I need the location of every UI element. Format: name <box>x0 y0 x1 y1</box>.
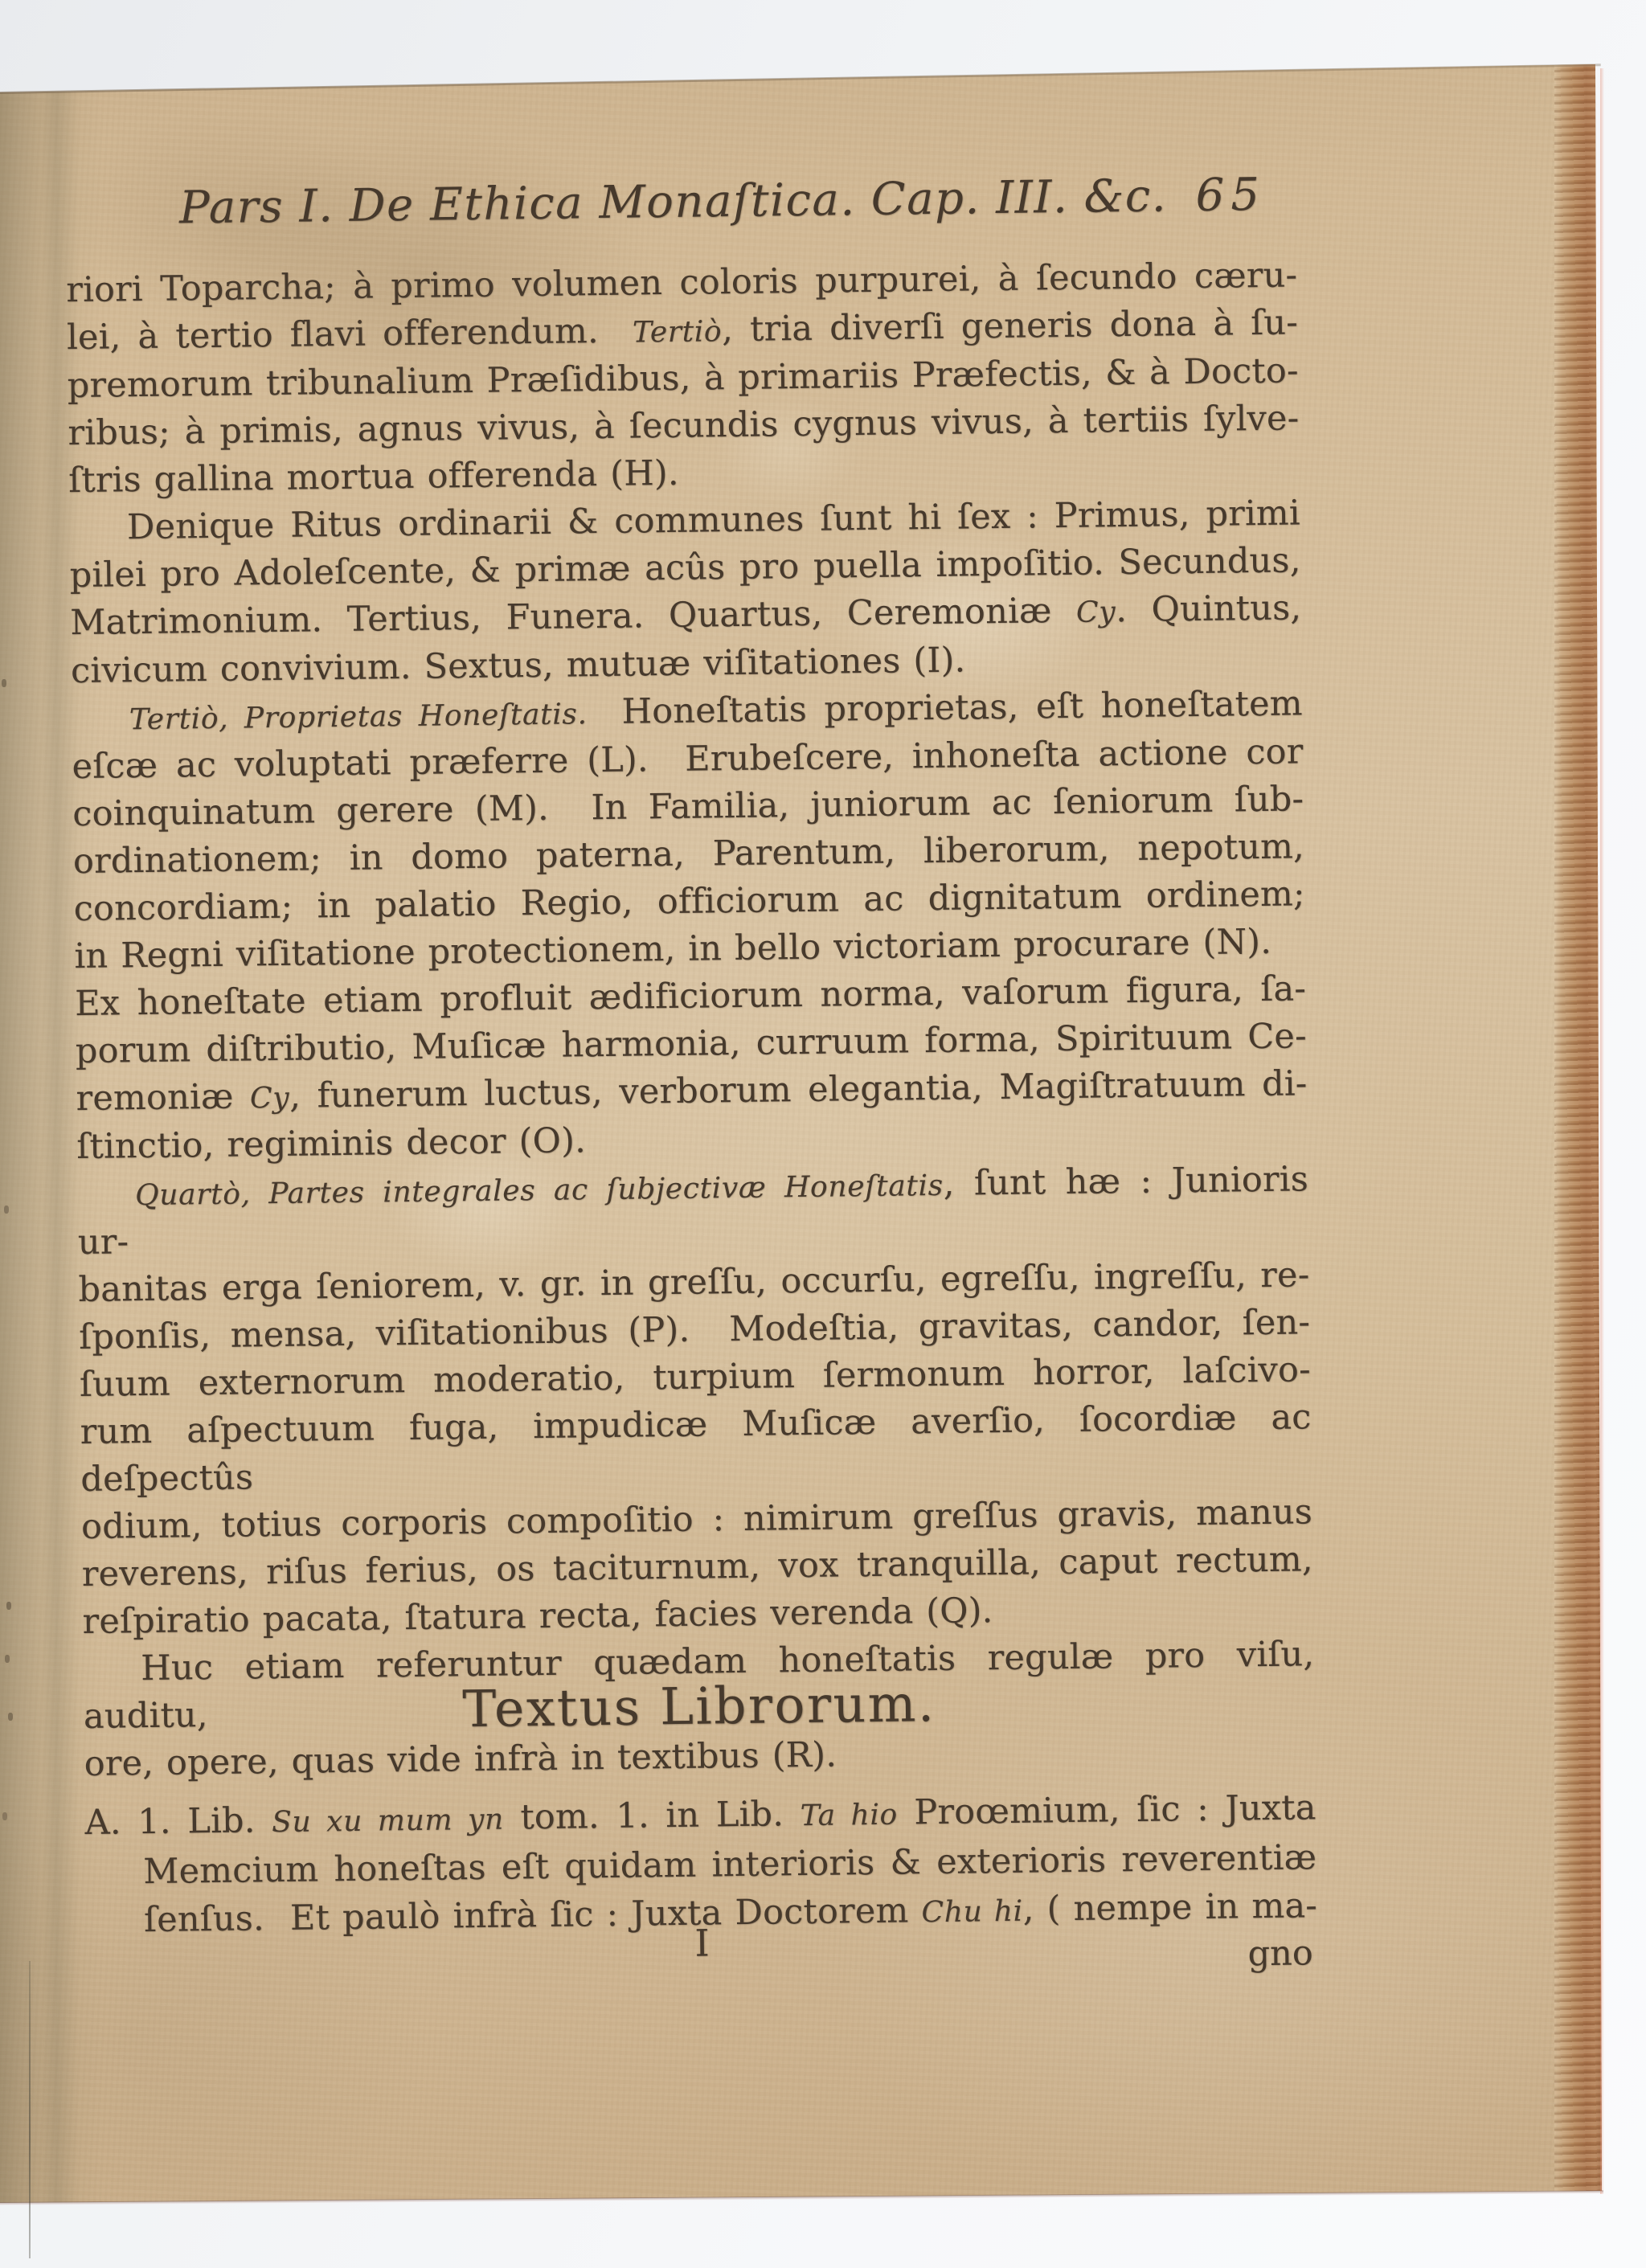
text-segment: remoniæ <box>76 1076 250 1119</box>
text-segment: lei, à tertio flavi offerendum. <box>67 311 633 358</box>
text-segment-italic: Quartò, Partes integrales ac ſubjectivæ … <box>135 1168 944 1212</box>
running-head: Pars I. De Ethica Monaſtica. Cap. III. &… <box>65 168 1297 235</box>
text-segment: reſpiratio pacata, ſtatura recta, facies… <box>82 1590 993 1642</box>
body-text: riori Toparcha; à primo volumen coloris … <box>66 252 1316 1788</box>
text-segment: Honeſtatis proprietas, eſt honeſtatem <box>587 683 1303 732</box>
running-head-title: Pars I. De Ethica Monaſtica. Cap. III. &… <box>179 170 1168 234</box>
text-segment: ſtinctio, regiminis decor (O). <box>76 1120 586 1167</box>
printed-content: Pars I. De Ethica Monaſtica. Cap. III. &… <box>0 0 1646 2268</box>
page-number: 65 <box>1195 169 1266 222</box>
text-segment: ore, opere, quas vide infrà in textibus … <box>84 1735 837 1784</box>
text-segment: ſtris gallina mortua offerenda (H). <box>68 453 679 501</box>
text-segment-italic: Cy <box>1076 594 1116 629</box>
text-line: rum aſpectuum fuga, impudicæ Muſicæ aver… <box>80 1394 1312 1504</box>
text-segment: Matrimonium. Tertius, Funera. Quartus, C… <box>70 591 1076 643</box>
text-segment: Proœmium, ſic : Juxta <box>897 1787 1316 1832</box>
text-line: Quartò, Partes integrales ac ſubjectivæ … <box>77 1156 1309 1267</box>
text-segment: A. 1. Lib. <box>84 1800 272 1843</box>
text-segment-italic: Ta hio <box>800 1797 898 1832</box>
text-segment-italic: Cy <box>250 1080 290 1116</box>
text-segment-italic: Tertiò, Proprietas Honeſtatis. <box>129 696 588 736</box>
text-segment: , funerum luctus, verborum elegantia, Ma… <box>289 1063 1308 1116</box>
text-segment: civicum convivium. Sextus, mutuæ viſitat… <box>71 641 966 692</box>
scanned-book-page: { "colors": { "paper": "#d3bb97", "ink":… <box>0 0 1646 2268</box>
text-segment: , tria diverſi generis dona à ſu- <box>722 302 1298 350</box>
text-segment-italic: Su xu mum yn <box>272 1802 504 1840</box>
text-segment: rum aſpectuum fuga, impudicæ Muſicæ aver… <box>80 1397 1311 1500</box>
text-segment: tom. 1. in Lib. <box>504 1794 800 1838</box>
text-segment-italic: Tertiò <box>633 313 723 349</box>
text-segment: . Quintus, <box>1116 587 1302 630</box>
